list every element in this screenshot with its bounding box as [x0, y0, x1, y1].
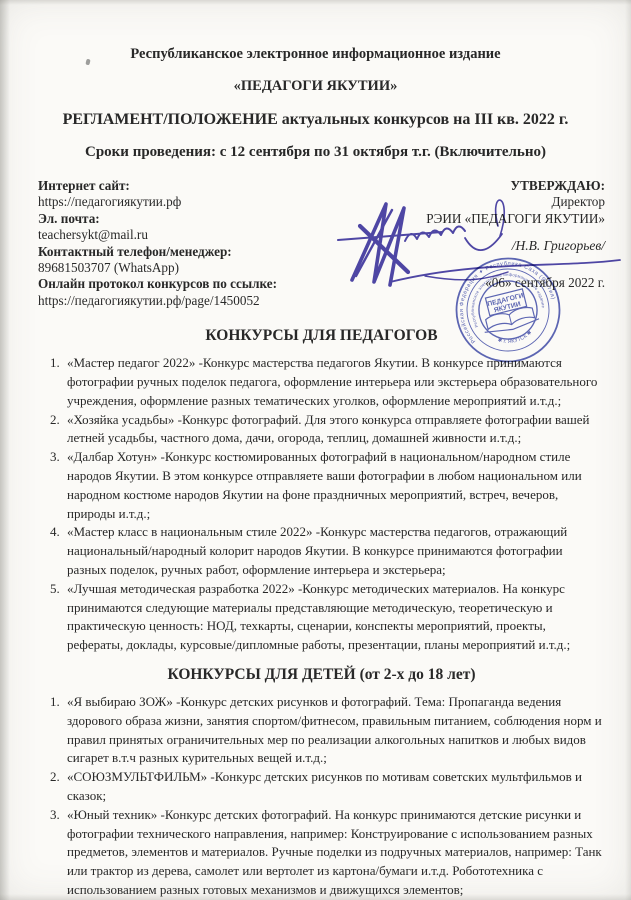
approval-block: УТВЕРЖДАЮ: Директор РЭИИ «ПЕДАГОГИ ЯКУТИ…: [426, 178, 605, 309]
info-row: Интернет сайт: https://педагогиякутии.рф…: [0, 178, 631, 309]
document-body: КОНКУРСЫ ДЛЯ ПЕДАГОГОВ «Мастер педагог 2…: [0, 327, 631, 900]
email-label: Эл. почта:: [38, 211, 277, 227]
list-item: «Лучшая методическая разработка 2022» -К…: [63, 580, 605, 655]
list-item: «Мастер класс в национальным стиле 2022»…: [63, 523, 605, 579]
approval-date: «06» сентября 2022 г.: [426, 275, 605, 291]
section-title-children: КОНКУРСЫ ДЛЯ ДЕТЕЙ (от 2-х до 18 лет): [38, 666, 605, 684]
protocol-url: https://педагогиякутии.рф/page/1450052: [38, 293, 277, 309]
site-url: https://педагогиякутии.рф: [38, 194, 277, 210]
dates-line: Сроки проведения: с 12 сентября по 31 ок…: [0, 144, 631, 161]
director-position: Директор: [551, 194, 605, 209]
signer-name: /Н.В. Григорьев/: [426, 238, 605, 254]
contacts-block: Интернет сайт: https://педагогиякутии.рф…: [38, 178, 277, 309]
phone-value: 89681503707 (WhatsApp): [38, 260, 277, 276]
approval-organization: РЭИИ «ПЕДАГОГИ ЯКУТИИ»: [426, 211, 605, 226]
section-title-teachers: КОНКУРСЫ ДЛЯ ПЕДАГОГОВ: [38, 327, 605, 345]
list-item: «Я выбираю ЗОЖ» -Конкурс детских рисунко…: [63, 693, 605, 768]
list-item: «Мастер педагог 2022» -Конкурс мастерств…: [63, 354, 605, 410]
list-item: «Хозяйка усадьбы» -Конкурс фотографий. Д…: [63, 411, 605, 449]
approve-label: УТВЕРЖДАЮ:: [426, 178, 605, 194]
document-header: Республиканское электронное информационн…: [0, 0, 631, 161]
edition-title: Республиканское электронное информационн…: [0, 46, 631, 63]
list-item: «СОЮЗМУЛЬТФИЛЬМ» -Конкурс детских рисунк…: [63, 768, 605, 806]
teachers-contest-list: «Мастер педагог 2022» -Конкурс мастерств…: [38, 354, 605, 655]
list-item: «Далбар Хотун» -Конкурс костюмированных …: [63, 448, 605, 523]
list-item: «Юный техник» -Конкурс детских фотографи…: [63, 806, 605, 900]
document-title: РЕГЛАМЕНТ/ПОЛОЖЕНИЕ актуальных конкурсов…: [0, 111, 631, 129]
organization-name: «ПЕДАГОГИ ЯКУТИИ»: [0, 78, 631, 95]
site-label: Интернет сайт:: [38, 178, 277, 194]
children-contest-list: «Я выбираю ЗОЖ» -Конкурс детских рисунко…: [38, 693, 605, 900]
document-page: Республиканское электронное информационн…: [0, 0, 631, 900]
protocol-label: Онлайн протокол конкурсов по ссылке:: [38, 276, 277, 292]
email-value: teachersykt@mail.ru: [38, 227, 277, 243]
phone-label: Контактный телефон/менеджер:: [38, 244, 277, 260]
